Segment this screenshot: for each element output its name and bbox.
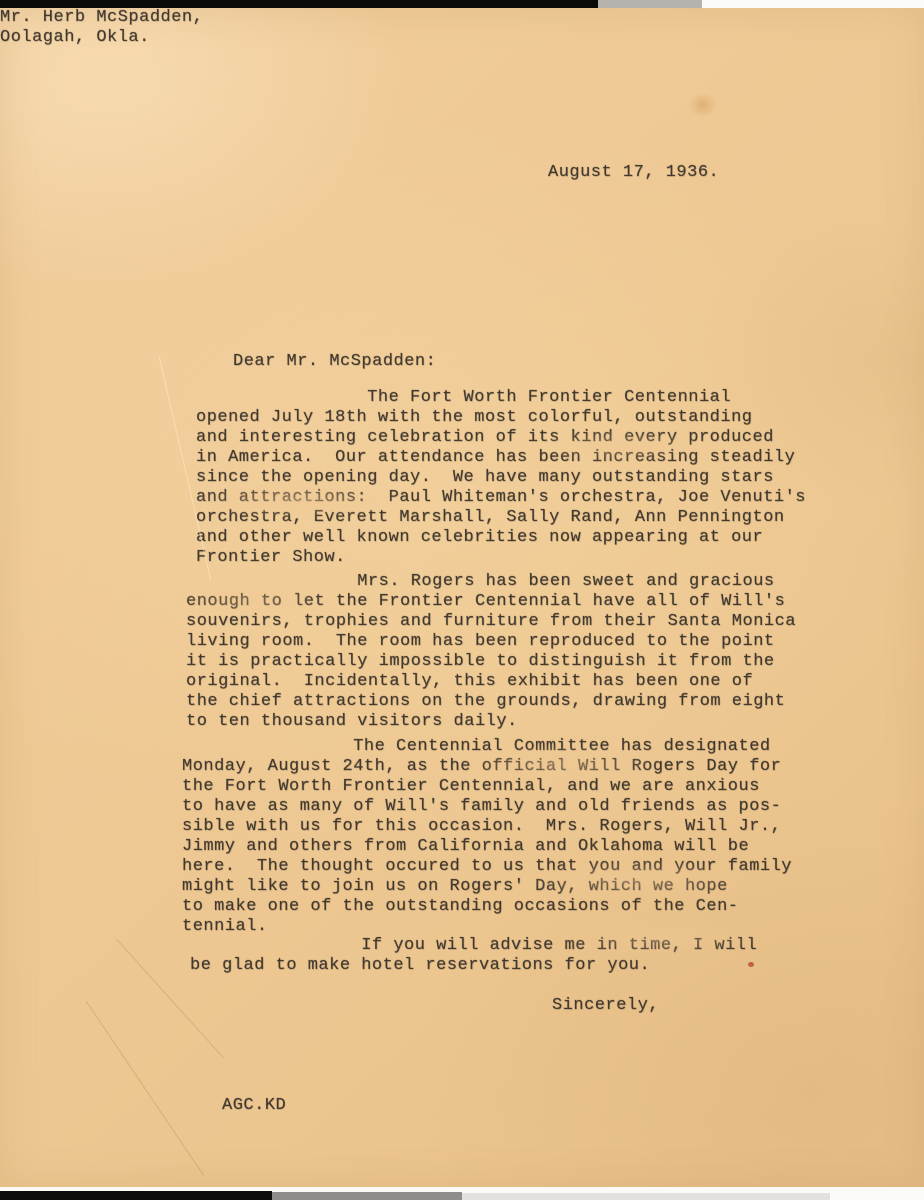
scanned-letter-document: August 17, 1936. Mr. Herb McSpadden, Ool… — [0, 0, 924, 1200]
paper-stain-mark — [688, 92, 718, 118]
scan-edge-bottom-gray-bar — [272, 1192, 462, 1200]
closing-sincerely: Sincerely, — [552, 996, 659, 1016]
paragraph-hotel-reservations: If you will advise me in time, I will be… — [190, 936, 757, 976]
paragraph-will-rogers-day-invitation: The Centennial Committee has designated … — [182, 737, 792, 937]
scan-edge-bottom — [0, 1187, 924, 1200]
reference-initials: AGC.KD — [222, 1096, 286, 1116]
recipient-address-block: Mr. Herb McSpadden, Oolagah, Okla. — [0, 8, 924, 48]
scan-edge-bottom-light-bar — [462, 1193, 830, 1200]
salutation: Dear Mr. McSpadden: — [233, 352, 436, 372]
red-ink-speck — [748, 962, 754, 967]
paper-crease-line — [86, 1001, 204, 1176]
scan-edge-bottom-black-bar — [0, 1191, 272, 1200]
paragraph-rogers-room-exhibit: Mrs. Rogers has been sweet and gracious … — [186, 572, 796, 732]
letter-page: August 17, 1936. Mr. Herb McSpadden, Ool… — [0, 8, 924, 1187]
scan-edge-top — [0, 0, 924, 8]
recipient-name: Mr. Herb McSpadden, — [0, 8, 924, 28]
paragraph-frontier-centennial-opening: The Fort Worth Frontier Centennial opene… — [196, 388, 806, 568]
recipient-city: Oolagah, Okla. — [0, 28, 924, 48]
letter-date: August 17, 1936. — [548, 163, 719, 183]
